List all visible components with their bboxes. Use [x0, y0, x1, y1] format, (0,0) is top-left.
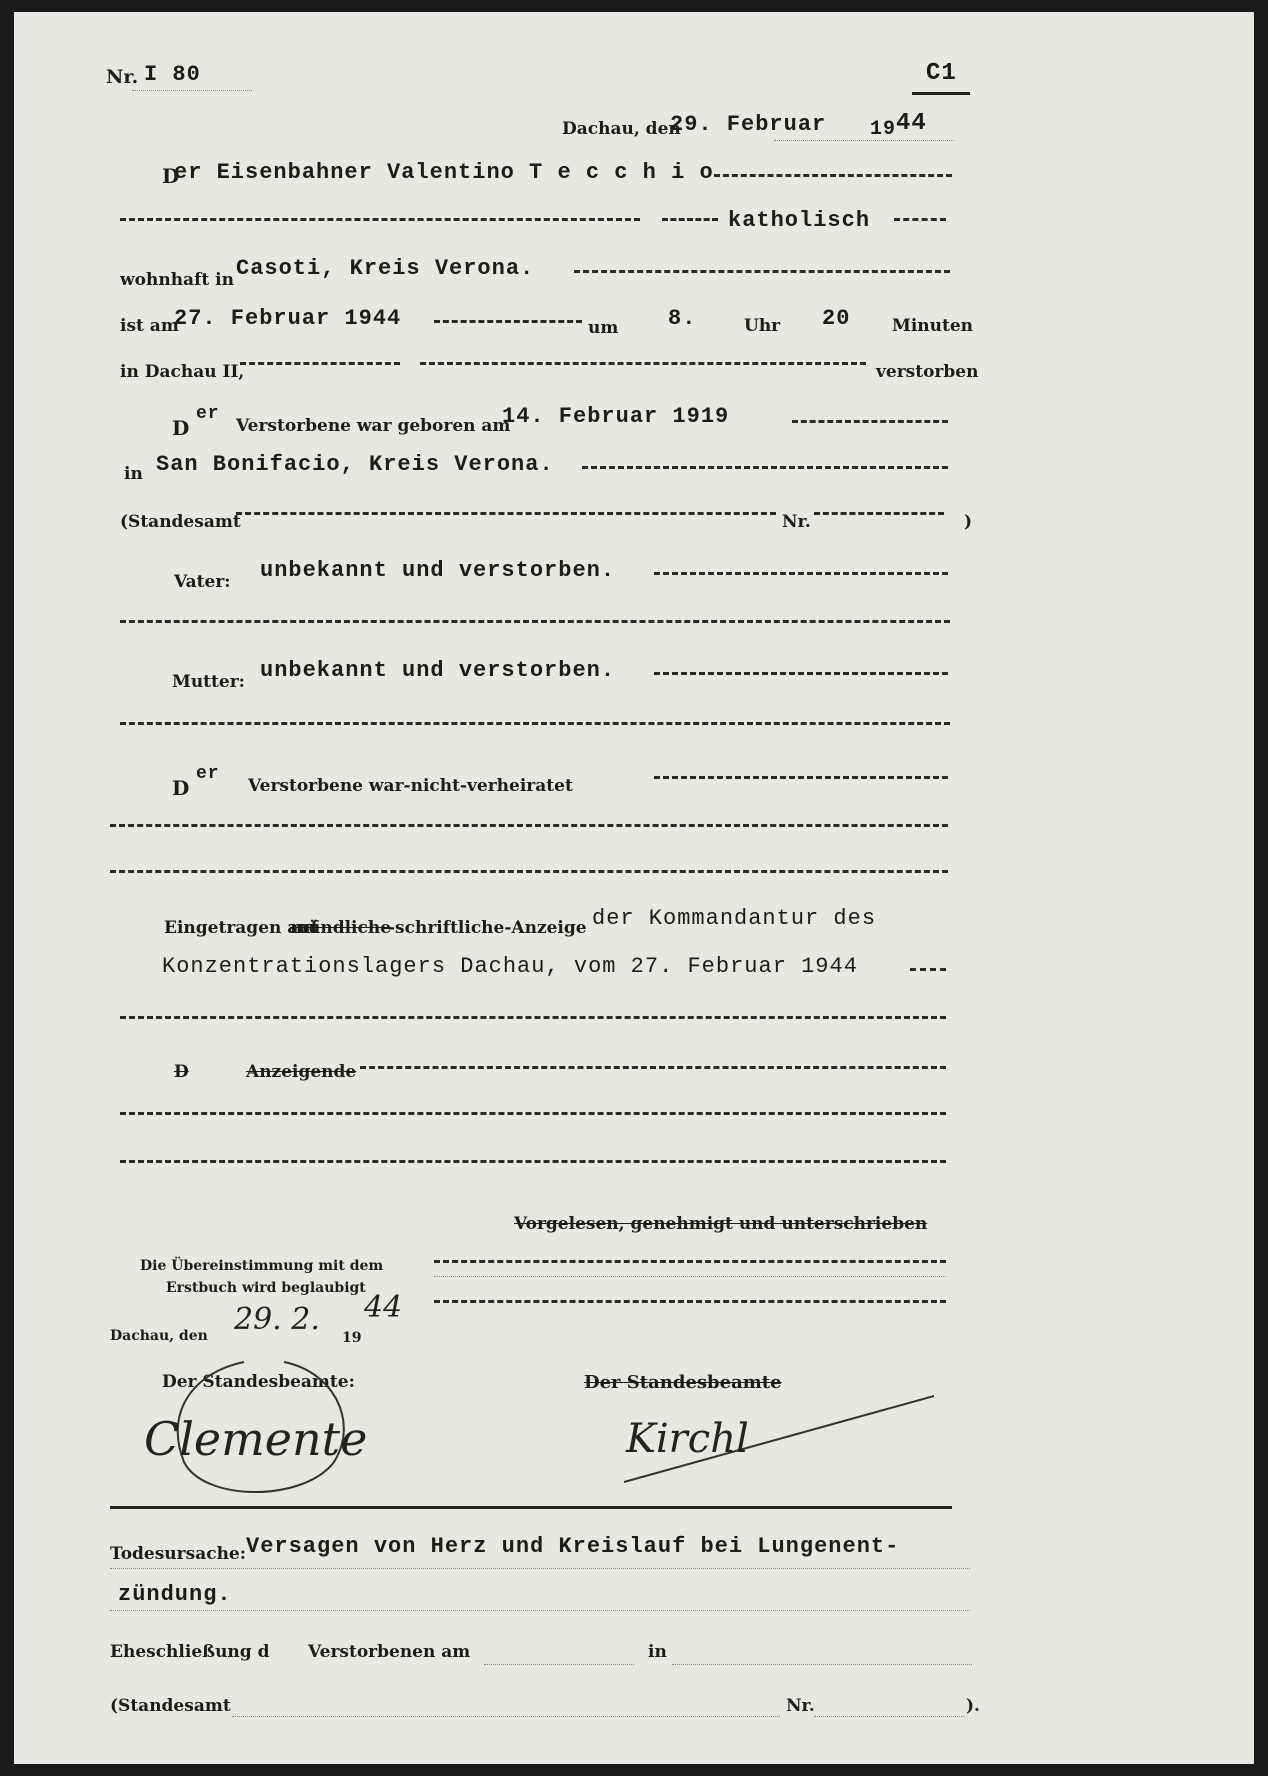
residence-value: Casoti, Kreis Verona.	[236, 256, 534, 281]
father-value: unbekannt und verstorben.	[260, 558, 615, 583]
born-label: Verstorbene war geboren am	[236, 416, 510, 436]
marriage-label: Eheschließung d	[110, 1642, 269, 1662]
fill-dashes	[360, 1066, 946, 1069]
registration-label-struck: mündliche	[290, 918, 391, 938]
birth-place-label: in	[124, 464, 143, 484]
registry-close: )	[964, 512, 972, 532]
death-minutes: 20	[822, 306, 850, 331]
registry-label: (Standesamt	[120, 512, 241, 532]
place-label: in Dachau II,	[120, 362, 244, 382]
fill-dashes	[120, 722, 950, 725]
birth-place: San Bonifacio, Kreis Verona.	[156, 452, 554, 477]
died-label: verstorben	[876, 362, 978, 382]
footer-registry-close: ).	[966, 1696, 980, 1716]
minutes-label: Minuten	[892, 316, 973, 336]
marriage-date-dotted-line	[484, 1664, 634, 1665]
birth-date: 14. Februar 1919	[502, 404, 729, 429]
section-divider	[110, 1506, 952, 1509]
marriage-in-label: in	[648, 1642, 667, 1662]
date-day-month: 29. Februar	[670, 112, 826, 137]
informant-label: Anzeigende	[246, 1062, 356, 1082]
date-dotted-line	[774, 140, 954, 141]
year-suffix: 44	[896, 110, 927, 137]
died-on-label: ist am	[120, 316, 179, 336]
cause-line1: Versagen von Herz und Kreislauf bei Lung…	[246, 1534, 899, 1559]
fill-dashes	[236, 512, 776, 515]
cert-date-handwritten: 29. 2.	[234, 1302, 320, 1337]
fill-dashes	[110, 824, 948, 827]
nr-label: Nr.	[106, 66, 138, 88]
marriage-place-dotted-line	[672, 1664, 972, 1665]
registry-nr-label: Nr.	[782, 512, 811, 532]
year-prefix: 19	[870, 118, 896, 141]
fill-dashes	[814, 512, 944, 515]
father-label: Vater:	[174, 572, 231, 592]
born-prefix: D	[172, 416, 189, 440]
registry-nr-dotted-line	[814, 1716, 964, 1717]
fill-dashes	[654, 672, 948, 675]
right-official-label: Der Standesbeamte	[584, 1372, 782, 1393]
certification-line1: Die Übereinstimmung mit dem	[140, 1258, 383, 1274]
married-prefix: D	[172, 776, 189, 800]
at-label: um	[588, 318, 618, 338]
fill-dashes	[662, 218, 718, 221]
residence-label: wohnhaft in	[120, 270, 234, 290]
cause-dotted-line	[110, 1610, 970, 1611]
fill-dashes	[654, 776, 948, 779]
footer-registry-nr-label: Nr.	[786, 1696, 815, 1716]
fill-dashes	[120, 1160, 946, 1163]
signature-line	[434, 1260, 946, 1263]
fill-dashes	[110, 870, 948, 873]
cause-dotted-line	[110, 1568, 970, 1569]
cert-year-handwritten: 44	[364, 1290, 402, 1325]
fill-dashes	[120, 1016, 946, 1019]
fill-dashes	[792, 420, 948, 423]
born-er: er	[196, 404, 220, 424]
married-er: er	[196, 764, 220, 784]
fill-dashes	[240, 362, 400, 365]
fill-dashes	[654, 572, 948, 575]
registration-source-line2: Konzentrationslagers Dachau, vom 27. Feb…	[162, 954, 858, 979]
left-signature: Clemente	[144, 1412, 367, 1466]
nr-dotted-line	[132, 90, 252, 91]
death-hour: 8.	[668, 306, 696, 331]
death-certificate-page: Nr. I 80 C1 Dachau, den 29. Februar 19 4…	[14, 12, 1254, 1764]
signature-line	[434, 1300, 946, 1303]
registry-dotted-line	[232, 1716, 780, 1717]
signature-dotted-line	[434, 1276, 946, 1277]
fill-dashes	[120, 218, 640, 221]
fill-dashes	[894, 218, 946, 221]
corner-mark-underline	[912, 92, 970, 95]
hour-label: Uhr	[744, 316, 780, 336]
marriage-label2: Verstorbenen am	[308, 1642, 470, 1662]
fill-dashes	[420, 362, 866, 365]
fill-dashes	[714, 174, 952, 177]
deceased-name-line: er Eisenbahner Valentino T e c c h i o	[174, 160, 714, 185]
informant-prefix: D	[174, 1062, 189, 1082]
fill-dashes	[910, 968, 946, 971]
corner-mark: C1	[926, 60, 957, 87]
mother-label: Mutter:	[172, 672, 245, 692]
read-approved-label: Vorgelesen, genehmigt und unterschrieben	[514, 1214, 927, 1234]
cert-year-prefix: 19	[342, 1330, 361, 1346]
death-date: 27. Februar 1944	[174, 306, 401, 331]
fill-dashes	[582, 466, 948, 469]
place-date-label: Dachau, den	[562, 119, 681, 139]
cause-label: Todesursache:	[110, 1544, 246, 1564]
fill-dashes	[120, 1112, 946, 1115]
cause-line2: zündung.	[118, 1582, 232, 1607]
nr-value: I 80	[144, 62, 201, 87]
registration-source-line1: der Kommandantur des	[592, 906, 876, 931]
fill-dashes	[574, 270, 950, 273]
certification-line2: Erstbuch wird beglaubigt	[166, 1280, 366, 1296]
fill-dashes	[434, 320, 582, 323]
registration-label-suffix: -schriftliche-Anzeige	[388, 918, 587, 938]
religion: katholisch	[728, 208, 870, 233]
fill-dashes	[120, 620, 950, 623]
mother-value: unbekannt und verstorben.	[260, 658, 615, 683]
footer-registry-label: (Standesamt	[110, 1696, 231, 1716]
cert-place-label: Dachau, den	[110, 1328, 208, 1344]
right-signature: Kirchl	[626, 1416, 749, 1462]
married-label: Verstorbene war-nicht-verheiratet	[248, 776, 573, 796]
